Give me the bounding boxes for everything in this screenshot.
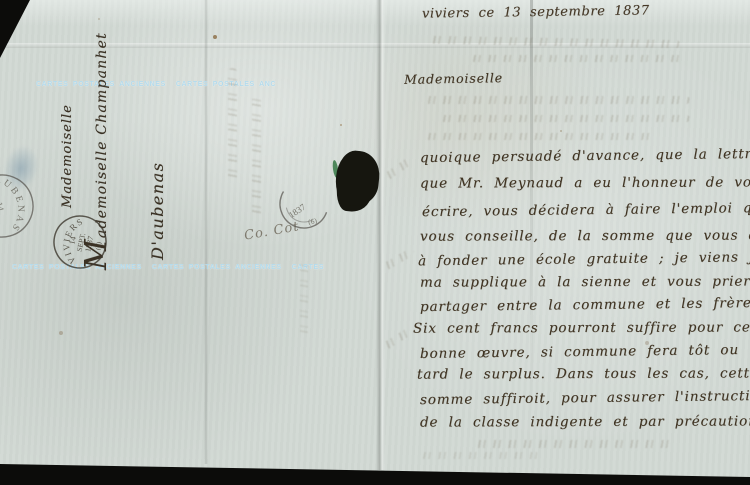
- bleed-through-mark: [430, 36, 680, 48]
- letter-body-line: quoique persuadé d'avance, que la lettre: [420, 146, 750, 166]
- letter-salutation: Mademoiselle: [404, 70, 503, 87]
- watermark-text: CARTES POSTALES ANCIENNES: [176, 81, 276, 88]
- address-line-1: Mademoiselle: [60, 104, 75, 208]
- letter-body-line: ma supplique à la sienne et vous prier d…: [420, 273, 750, 290]
- bleed-through-mark: [228, 68, 237, 180]
- bleed-through-mark: [382, 328, 412, 351]
- postmark-viviers: VIVIERS 14 SEPT. 1837 (6): [44, 206, 115, 277]
- postmark-viviers-code: (6): [94, 240, 104, 250]
- watermark-band-top: CARTES POSTALES ANCIENNES CARTES POSTALE…: [36, 81, 276, 88]
- postmark-edge-day: 14: [0, 201, 6, 213]
- letter-body-line: de la classe indigente et par précaution: [420, 413, 750, 430]
- letter-text-panel: viviers ce 13 septembre 1837 Mademoisell…: [380, 0, 750, 485]
- bleed-through-mark: [382, 247, 415, 271]
- bleed-through-mark: [300, 258, 308, 336]
- foxing-specks: [0, 0, 2, 2]
- letter-body-line: Six cent francs pourront suffire pour ce…: [413, 319, 750, 336]
- letter-paper: CARTES POSTALES ANCIENNES CARTES POSTALE…: [0, 0, 750, 485]
- letter-body-line: écrire, vous décidera à faire l'emploi q…: [422, 200, 750, 220]
- letter-body-line: à fonder une école gratuite ; je viens j…: [418, 249, 750, 270]
- bleed-through-mark: [420, 452, 540, 459]
- letter-dateline: viviers ce 13 septembre 1837: [422, 3, 650, 21]
- bleed-through-mark: [383, 157, 412, 181]
- bleed-through-mark: [425, 133, 655, 140]
- letter-body-line: tard le surplus. Dans tous les cas, cett…: [417, 365, 750, 382]
- bleed-through-mark: [470, 55, 685, 62]
- watermark-text: CARTES POSTALES ANCIENNES: [292, 264, 327, 271]
- address-line-3: D'aubenas: [148, 162, 167, 260]
- postmark-partial: 1837 (6): [272, 172, 337, 237]
- bleed-through-mark: [475, 440, 675, 448]
- postmark-viviers-year: 1837: [83, 235, 95, 253]
- bleed-through-mark: [440, 115, 690, 122]
- letter-body-line: somme suffiroit, pour assurer l'instruct…: [420, 388, 750, 408]
- letter-body-line: vous conseille, de la somme que vous des…: [420, 227, 750, 244]
- letter-body-line: partager entre la commune et les frères.: [420, 295, 750, 315]
- bleed-through-mark: [425, 96, 690, 104]
- watermark-text: CARTES POSTALES ANCIENNES: [152, 264, 282, 271]
- bleed-through-mark: [252, 92, 261, 216]
- postmark-partial-year: 1837: [287, 201, 308, 220]
- address-panel: CARTES POSTALES ANCIENNES CARTES POSTALE…: [0, 0, 380, 485]
- postmark-edge: AUBENAS 14: [0, 159, 49, 252]
- letter-scan: CARTES POSTALES ANCIENNES CARTES POSTALE…: [0, 0, 750, 485]
- postmark-partial-code: (6): [307, 216, 318, 226]
- wax-seal-blob: [333, 149, 382, 208]
- letter-body-line: que Mr. Meynaud a eu l'honneur de vous: [420, 174, 750, 191]
- letter-body-line: bonne œuvre, si commune fera tôt ou: [420, 342, 739, 362]
